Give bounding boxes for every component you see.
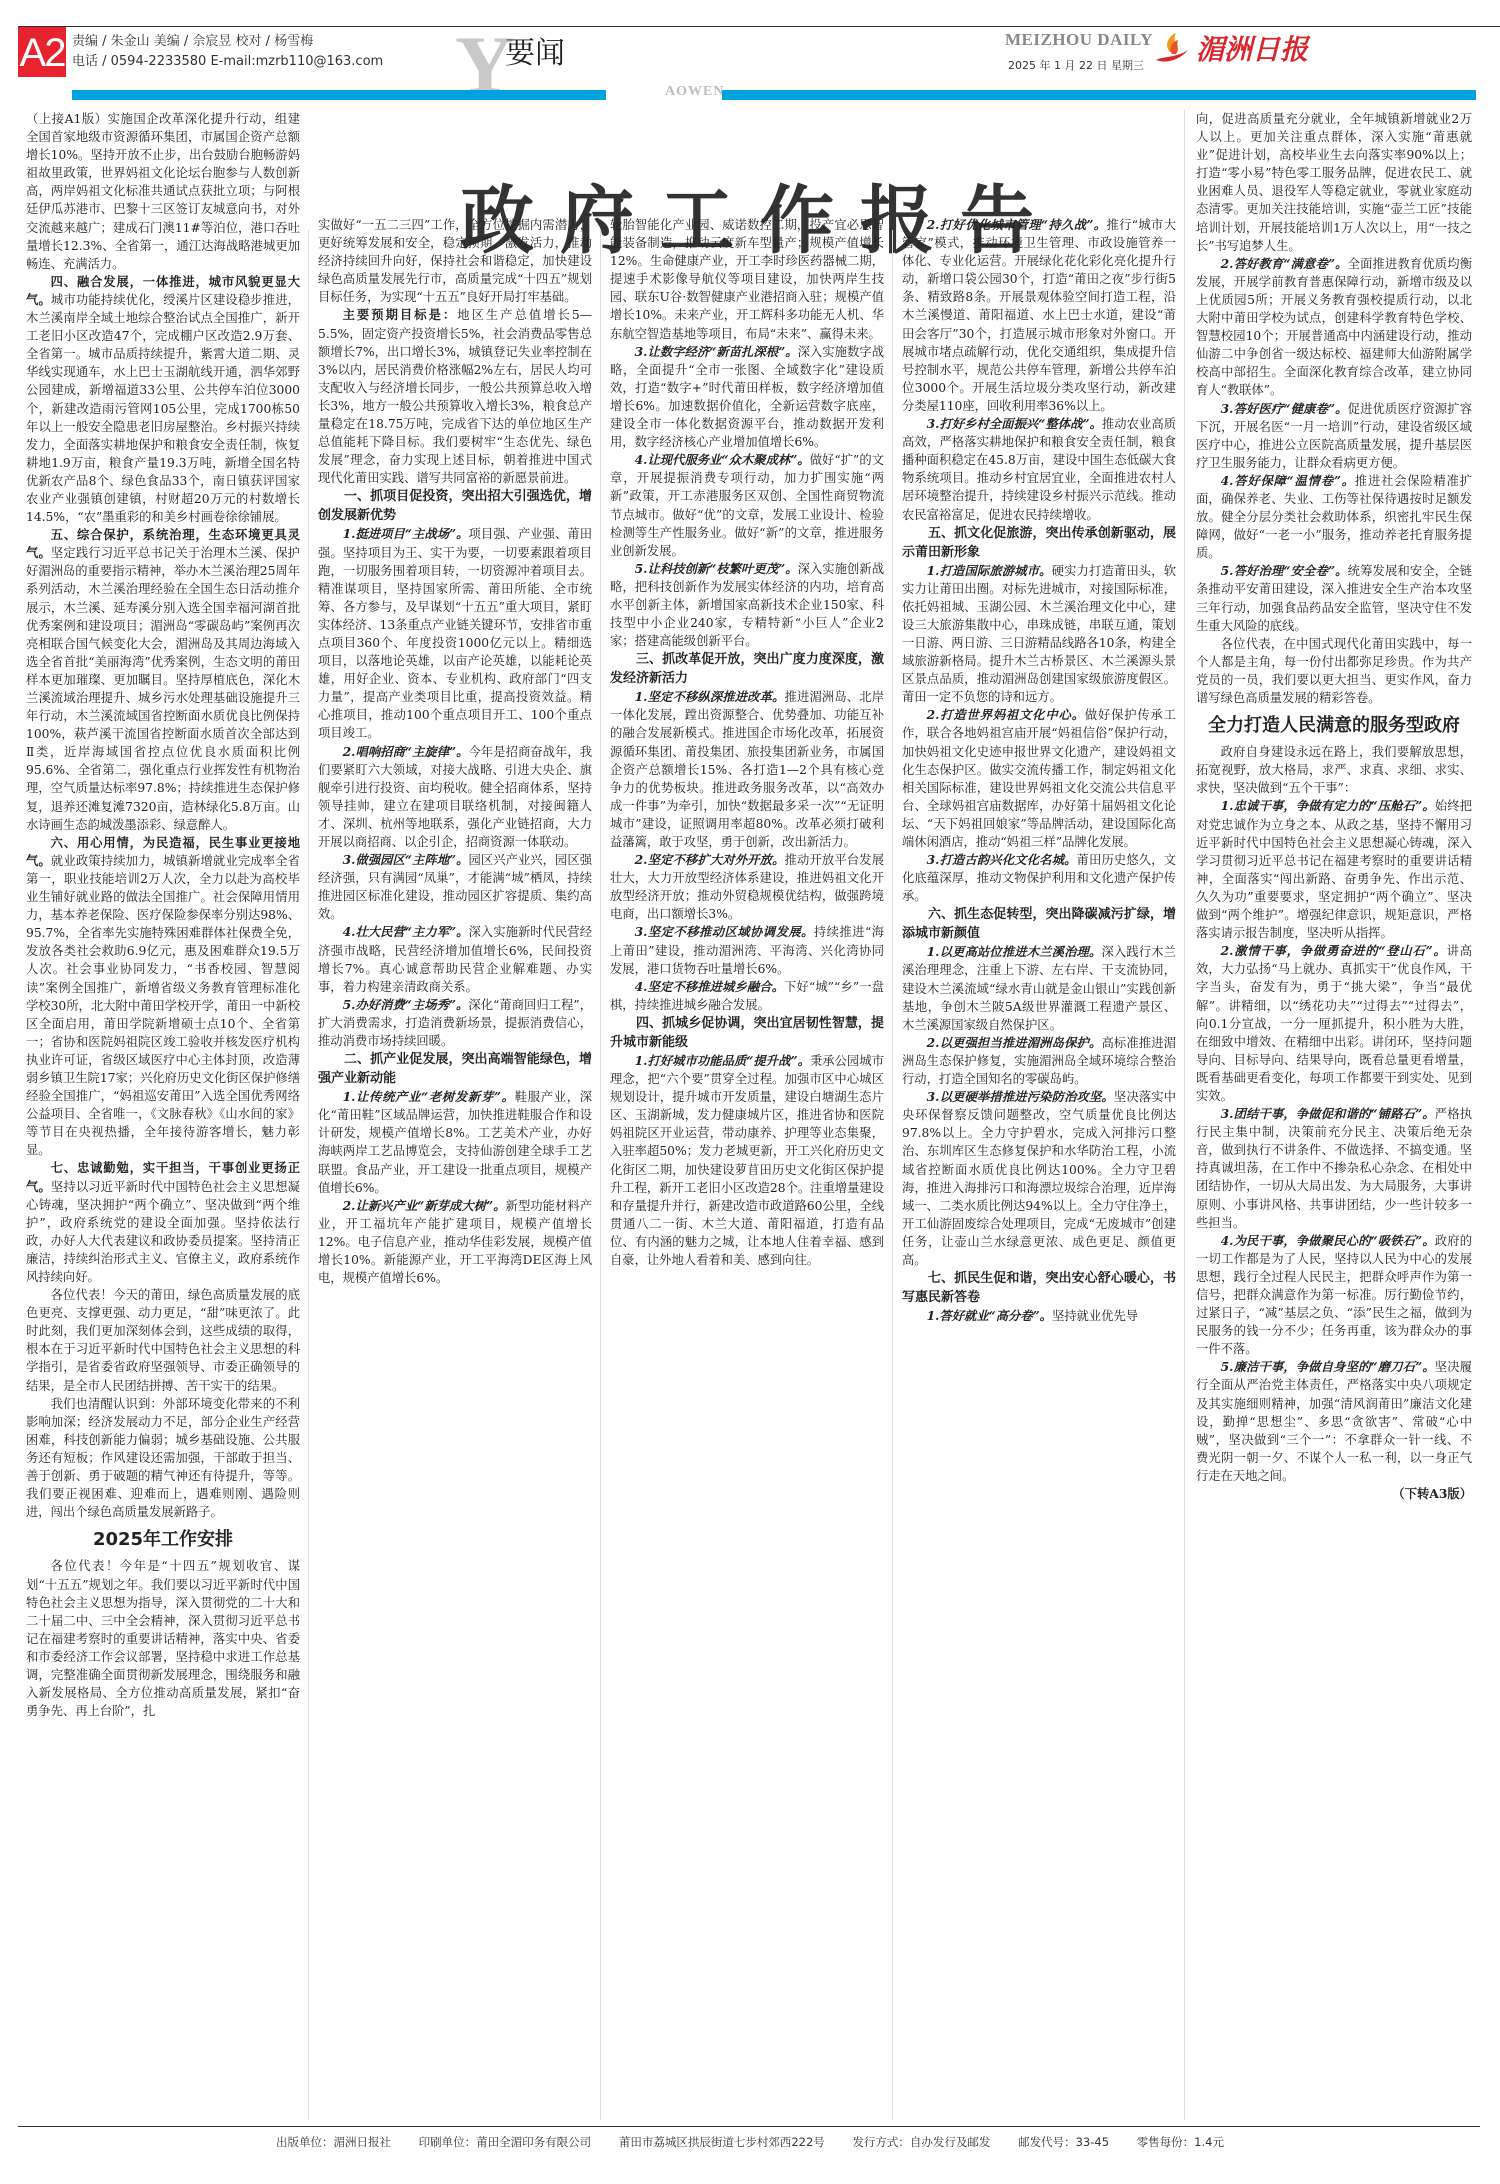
item-lead: 1.答好就业“高分卷”。 xyxy=(927,1308,1052,1323)
body-paragraph: 实做好“一五二三四”工作，全方位挖掘内需潜力，更好统筹发展和安全，稳定预期、激发… xyxy=(318,216,592,306)
column-divider xyxy=(600,230,601,2120)
paragraph-text: 鞋服产业，深化“莆田鞋”区域品牌运营，加快推进鞋服合作和设计研发，规模产值增长8… xyxy=(318,1090,592,1194)
paragraph-lead: 主要预期目标是： xyxy=(343,308,458,322)
body-paragraph: 我们也清醒认识到：外部环境变化带来的不利影响加深；经济发展动力不足，部分企业生产… xyxy=(26,1395,300,1522)
body-paragraph: 四、融合发展，一体推进，城市风貌更显大气。城市功能持续优化，绶溪片区建设稳步推进… xyxy=(26,273,300,526)
body-paragraph: 各位代表，在中国式现代化莆田实践中，每一个人都是主角，每一份付出都弥足珍贵。作为… xyxy=(1196,635,1472,707)
footer-rule xyxy=(18,2126,1480,2127)
numbered-item-paragraph: 1.打好城市功能品质“提升战”。秉承公园城市理念，把“六个要”贯穿全过程。加强市… xyxy=(610,1052,884,1269)
issue-date: 2025 年 1 月 22 日 星期三 xyxy=(1008,57,1144,73)
item-lead: 2.让新兴产业“新芽成大树”。 xyxy=(343,1198,506,1213)
item-lead: 1.打好城市功能品质“提升战”。 xyxy=(635,1053,810,1068)
numbered-item-paragraph: 2.以更强担当推进湄洲岛保护。高标准推进湄洲岛生态保护修复，实施湄洲岛全域环境综… xyxy=(902,1034,1176,1088)
body-paragraph: 各位代表！今天的莆田，绿色高质量发展的底色更亮、支撑更强、动力更足，“甜”味更浓… xyxy=(26,1286,300,1395)
page-number-badge: A2 xyxy=(18,27,66,77)
numbered-item-paragraph: 3.以更硬举措推进污染防治攻坚。坚决落实中央环保督察反馈问题整改，空气质量优良比… xyxy=(902,1088,1176,1269)
numbered-item-paragraph: 4.为民干事，争做聚民心的“吸铁石”。政府的一切工作都是为了人民，坚持以人民为中… xyxy=(1196,1232,1472,1359)
paragraph-text: 实做好“一五二三四”工作，全方位挖掘内需潜力，更好统筹发展和安全，稳定预期、激发… xyxy=(318,218,592,304)
numbered-item-paragraph: 4.答好保障“温情卷”。推进社会保险精准扩面，确保养老、失业、工伤等社保待遇按时… xyxy=(1196,472,1472,562)
numbered-item-paragraph: 5.廉洁干事，争做自身坚的“磨刀石”。坚决履行全面从严治党主体责任，严格落实中央… xyxy=(1196,1358,1472,1485)
body-paragraph: 各位代表！今年是“十四五”规划收官、谋划“十五五”规划之年。我们要以习近平新时代… xyxy=(26,1557,300,1720)
numbered-item-paragraph: 3.团结干事，争做促和谐的“铺路石”。严格执行民主集中制，决策前充分民主、决策后… xyxy=(1196,1105,1472,1232)
item-lead: 4.坚定不移推进城乡融合。 xyxy=(635,979,785,994)
body-paragraph: 六、用心用情，为民造福，民生事业更接地气。就业政策持续加力，城镇新增就业完成率全… xyxy=(26,834,300,1160)
item-lead: 2.答好教育“满意卷”。 xyxy=(1221,256,1348,271)
paragraph-text: 深入实施数字战略，全面提升“全市一张图、全域数字化”建设质效，打造“数字+”时代… xyxy=(610,345,884,449)
footer-postal-code: 邮发代号：33-45 xyxy=(1018,2135,1109,2149)
item-lead: 3.团结干事，争做促和谐的“铺路石”。 xyxy=(1221,1106,1435,1121)
footer-publisher: 出版单位：湄洲日报社 xyxy=(276,2135,391,2149)
chapter-heading: 六、抓生态促转型，突出降碳减污扩绿，增添城市新颜值 xyxy=(902,905,1176,943)
paragraph-text: 推行“城市大管家”模式，推动环境卫生管理、市政设施管养一体化、专业化运营。开展绿… xyxy=(902,218,1176,413)
chapter-heading: 四、抓城乡促协调，突出宜居韧性智慧，提升城市新能级 xyxy=(610,1014,884,1052)
body-paragraph: 五、综合保护，系统治理，生态环境更具灵气。坚定践行习近平总书记关于治理木兰溪、保… xyxy=(26,526,300,834)
item-lead: 2.唱响招商“主旋律”。 xyxy=(343,744,469,759)
article-column-5: 向，促进高质量充分就业，全年城镇新增就业2万人以上。更加关注重点群体，深入实施“… xyxy=(1196,110,1472,2120)
paragraph-text: 硬实力打造莆田头，软实力让莆田出圈。对标先进城市，对接国际标准，依托妈祖城、玉湖… xyxy=(902,564,1176,705)
footer-printer: 印刷单位：莆田全湄印务有限公司 xyxy=(419,2135,592,2149)
paragraph-text: 做好保护传承工作，联合各地妈祖宫庙开展“妈祖信俗”保护行动，加快妈祖文化史迹申报… xyxy=(902,708,1176,849)
paragraph-text: 讲高效，大力弘扬“马上就办、真抓实干”优良作风，干字当头，奋发有为，勇于“挑大梁… xyxy=(1196,944,1472,1103)
paragraph-text: 做好“扩”的文章，开展提振消费专项行动，加力扩围实施“两新”政策，开工赤港服务区… xyxy=(610,453,884,557)
body-paragraph: 轮胎智能化产业园、威诺数控二期，投产宜必思智能装备制造，推动云度新车型量产；规模… xyxy=(610,216,884,343)
numbered-item-paragraph: 2.坚定不移扩大对外开放。推动开放平台发展壮大，大力开放型经济体系建设，推进妈祖… xyxy=(610,851,884,923)
item-lead: 1.以更高站位推进木兰溪治理。 xyxy=(927,944,1102,959)
numbered-item-paragraph: 5.答好治理“安全卷”。统筹发展和安全，全链条推动平安莆田建设，深入推进安全生产… xyxy=(1196,562,1472,634)
numbered-item-paragraph: 3.打造古韵兴化文化名城。莆田历史悠久，文化底蕴深厚，推动文物保护利用和文化遗产… xyxy=(902,851,1176,905)
flame-logo-icon xyxy=(1150,30,1192,66)
paragraph-text: （上接A1版）实施国企改革深化提升行动，组建全国首家地级市资源循环集团，市属国企… xyxy=(26,112,300,271)
body-paragraph: 七、忠诚勤勉，实干担当，干事创业更扬正气。坚持以习近平新时代中国特色社会主义思想… xyxy=(26,1159,300,1286)
paragraph-text: 地区生产总值增长5—5.5%，固定资产投资增长5%，社会消费品零售总额增长7%，… xyxy=(318,308,592,485)
paragraph-text: 轮胎智能化产业园、威诺数控二期，投产宜必思智能装备制造，推动云度新车型量产；规模… xyxy=(610,218,884,341)
numbered-item-paragraph: 5.让科技创新“枝繁叶更茂”。深入实施创新战略，把科技创新作为发展实体经济的内功… xyxy=(610,560,884,650)
item-lead: 3.让数字经济“新苗扎深根”。 xyxy=(635,344,798,359)
section-heading: 全力打造人民满意的服务型政府 xyxy=(1196,717,1472,735)
section-pinyin: AOWEN xyxy=(665,84,724,100)
paragraph-text: 就业政策持续加力，城镇新增就业完成率全省第一，职业技能培训2万人次，全力以赴为高… xyxy=(26,854,300,1158)
article-column-3: 轮胎智能化产业园、威诺数控二期，投产宜必思智能装备制造，推动云度新车型量产；规模… xyxy=(610,216,884,2120)
paragraph-text: 项目强、产业强、莆田强。坚持项目为王、实干为要，一切要素跟着项目跑，一切服务围着… xyxy=(318,527,592,740)
credits-contact: 电话 / 0594-2233580 E-mail:mzrb110@163.com xyxy=(72,52,383,72)
chapter-heading: 五、抓文化促旅游，突出传承创新驱动，展示莆田新形象 xyxy=(902,524,1176,562)
footer-distribution: 发行方式：自办发行及邮发 xyxy=(852,2135,990,2149)
item-lead: 2.坚定不移扩大对外开放。 xyxy=(635,852,785,867)
header-blue-bar-right xyxy=(722,90,1476,100)
item-lead: 2.激情干事，争做勇奋进的“登山石”。 xyxy=(1221,943,1447,958)
top-rule xyxy=(18,26,1500,27)
article-column-1: （上接A1版）实施国企改革深化提升行动，组建全国首家地级市资源循环集团，市属国企… xyxy=(26,110,300,2120)
numbered-item-paragraph: 2.打造世界妈祖文化中心。做好保护传承工作，联合各地妈祖宫庙开展“妈祖信俗”保护… xyxy=(902,706,1176,851)
numbered-item-paragraph: 1.忠诚干事，争做有定力的“压舱石”。始终把对党忠诚作为立身之本、从政之基，坚持… xyxy=(1196,797,1472,942)
continued-on-page-note: （下转A3版） xyxy=(1196,1485,1472,1503)
column-divider xyxy=(1184,110,1185,2120)
article-column-2: 实做好“一五二三四”工作，全方位挖掘内需潜力，更好统筹发展和安全，稳定预期、激发… xyxy=(318,216,592,2120)
section-name: 要闻 xyxy=(505,28,565,72)
numbered-item-paragraph: 4.壮大民营“主力军”。深入实施新时代民营经济强市战略，民营经济增加值增长6%，… xyxy=(318,923,592,995)
paper-chinese-name: 湄洲日报 xyxy=(1196,28,1308,68)
numbered-item-paragraph: 1.答好就业“高分卷”。坚持就业优先导 xyxy=(902,1307,1176,1325)
footer-price: 零售每份：1.4元 xyxy=(1137,2135,1224,2149)
numbered-item-paragraph: 4.让现代服务业“众木聚成林”。做好“扩”的文章，开展提振消费专项行动，加力扩围… xyxy=(610,451,884,560)
paragraph-text: 全面推进教育优质均衡发展，开展学前教育普惠保障行动，新增市级及以上优质园5所；开… xyxy=(1196,257,1472,398)
item-lead: 5.答好治理“安全卷”。 xyxy=(1221,563,1348,578)
chapter-heading: 七、抓民生促和谐，突出安心舒心暖心，书写惠民新答卷 xyxy=(902,1269,1176,1307)
body-paragraph: 主要预期目标是：地区生产总值增长5—5.5%，固定资产投资增长5%，社会消费品零… xyxy=(318,306,592,487)
numbered-item-paragraph: 3.打好乡村全面振兴“整体战”。推动农业高质高效，严格落实耕地保护和粮食安全责任… xyxy=(902,415,1176,524)
numbered-item-paragraph: 2.打好优化城市管理“持久战”。推行“城市大管家”模式，推动环境卫生管理、市政设… xyxy=(902,216,1176,415)
numbered-item-paragraph: 1.让传统产业“老树发新芽”。鞋服产业，深化“莆田鞋”区域品牌运营，加快推进鞋服… xyxy=(318,1088,592,1197)
item-lead: 4.壮大民营“主力军”。 xyxy=(343,924,469,939)
item-lead: 3.打造古韵兴化文化名城。 xyxy=(927,852,1077,867)
paragraph-text: 推动农业高质高效，严格落实耕地保护和粮食安全责任制，粮食播种面积稳定在45.8万… xyxy=(902,417,1176,521)
paragraph-text: 各位代表！今天的莆田，绿色高质量发展的底色更亮、支撑更强、动力更足，“甜”味更浓… xyxy=(26,1288,300,1392)
item-lead: 4.答好保障“温情卷”。 xyxy=(1221,473,1355,488)
numbered-item-paragraph: 2.激情干事，争做勇奋进的“登山石”。讲高效，大力弘扬“马上就办、真抓实干”优良… xyxy=(1196,942,1472,1105)
paragraph-text: 政府的一切工作都是为了人民，坚持以人民为中心的发展思想，践行全过程人民民主，把群… xyxy=(1196,1234,1472,1357)
credits-editors: 责编 / 朱金山 美编 / 佘宸昱 校对 / 杨雪梅 xyxy=(72,32,383,52)
page-footer: 出版单位：湄洲日报社 印刷单位：莆田全湄印务有限公司 莆田市荔城区拱辰街道七步村… xyxy=(0,2134,1500,2150)
page-header: A2 责编 / 朱金山 美编 / 佘宸昱 校对 / 杨雪梅 电话 / 0594-… xyxy=(0,0,1500,80)
item-lead: 4.为民干事，争做聚民心的“吸铁石”。 xyxy=(1221,1233,1435,1248)
body-paragraph: 向，促进高质量充分就业，全年城镇新增就业2万人以上。更加关注重点群体，深入实施“… xyxy=(1196,110,1472,255)
item-lead: 1.打造国际旅游城市。 xyxy=(927,563,1052,578)
item-lead: 5.让科技创新“枝繁叶更茂”。 xyxy=(635,561,798,576)
paragraph-text: 城市功能持续优化，绶溪片区建设稳步推进，木兰溪南岸全域土地综合整治试点全国推广，… xyxy=(26,293,300,524)
paragraph-text: 秉承公园城市理念，把“六个要”贯穿全过程。加强市区中心城区规划设计，提升城市开发… xyxy=(610,1054,884,1267)
paragraph-text: 我们也清醒认识到：外部环境变化带来的不利影响加深；经济发展动力不足，部分企业生产… xyxy=(26,1397,300,1520)
numbered-item-paragraph: 1.以更高站位推进木兰溪治理。深入践行木兰溪治理理念，注重上下游、左右岸、干支流… xyxy=(902,943,1176,1033)
header-blue-bar-mid xyxy=(300,90,606,100)
body-paragraph: 政府自身建设永远在路上，我们要解放思想，拓宽视野，放大格局，求严、求真、求细、求… xyxy=(1196,743,1472,797)
paragraph-text: 坚决履行全面从严治党主体责任，严格落实中央八项规定及其实施细则精神，加强“清风润… xyxy=(1196,1360,1472,1483)
paragraph-text: 坚持就业优先导 xyxy=(1052,1309,1138,1323)
body-paragraph: （上接A1版）实施国企改革深化提升行动，组建全国首家地级市资源循环集团，市属国企… xyxy=(26,110,300,273)
chapter-heading: 三、抓改革促开放，突出广度力度深度，激发经济新活力 xyxy=(610,650,884,688)
item-lead: 1.坚定不移纵深推进改革。 xyxy=(635,689,785,704)
item-lead: 2.打造世界妈祖文化中心。 xyxy=(927,707,1085,722)
numbered-item-paragraph: 2.答好教育“满意卷”。全面推进教育优质均衡发展，开展学前教育普惠保障行动，新增… xyxy=(1196,255,1472,400)
item-lead: 3.做强园区“主阵地”。 xyxy=(343,852,469,867)
item-lead: 2.以更强担当推进湄洲岛保护。 xyxy=(927,1035,1102,1050)
chapter-heading: 二、抓产业促发展，突出高端智能绿色，增强产业新动能 xyxy=(318,1050,592,1088)
paragraph-text: 严格执行民主集中制，决策前充分民主、决策后绝无杂音，做到执行不讲条件、不做选择、… xyxy=(1196,1107,1472,1230)
numbered-item-paragraph: 5.办好消费“主场秀”。深化“莆商回归工程”，扩大消费需求，打造消费新场景，提振… xyxy=(318,996,592,1050)
section-heading: 2025年工作安排 xyxy=(26,1531,300,1549)
numbered-item-paragraph: 3.坚定不移推动区域协调发展。持续推进“海上莆田”建设，推动湄洲湾、平海湾、兴化… xyxy=(610,923,884,977)
paragraph-text: 始终把对党忠诚作为立身之本、从政之基，坚持不懈用习近平新时代中国特色社会主义思想… xyxy=(1196,799,1472,940)
numbered-item-paragraph: 1.打造国际旅游城市。硬实力打造莆田头，软实力让莆田出圈。对标先进城市，对接国际… xyxy=(902,562,1176,707)
item-lead: 1.让传统产业“老树发新芽”。 xyxy=(343,1089,515,1104)
paragraph-text: 推进湄洲岛、北岸一体化发展，蹚出资源整合、优势叠加、功能互补的融合发展新模式。推… xyxy=(610,690,884,849)
paragraph-text: 各位代表！今年是“十四五”规划收官、谋划“十五五”规划之年。我们要以习近平新时代… xyxy=(26,1559,300,1718)
item-lead: 5.廉洁干事，争做自身坚的“磨刀石”。 xyxy=(1221,1359,1435,1374)
paragraph-text: 坚决落实中央环保督察反馈问题整改，空气质量优良比例达97.8%以上。全力守护碧水… xyxy=(902,1090,1176,1267)
paragraph-text: 坚持以习近平新时代中国特色社会主义思想凝心铸魂，坚决拥护“两个确立”、坚决做到“… xyxy=(26,1180,300,1284)
paper-logo: 湄洲日报 xyxy=(1150,28,1308,68)
paragraph-text: 政府自身建设永远在路上，我们要解放思想，拓宽视野，放大格局，求严、求真、求细、求… xyxy=(1196,745,1472,795)
item-lead: 3.坚定不移推动区域协调发展。 xyxy=(635,924,814,939)
numbered-item-paragraph: 4.坚定不移推进城乡融合。下好“城”“乡”一盘棋，持续推进城乡融合发展。 xyxy=(610,978,884,1014)
numbered-item-paragraph: 3.做强园区“主阵地”。园区兴产业兴，园区强经济强，只有满园“凤巢”，才能满“城… xyxy=(318,851,592,923)
header-blue-bar-left xyxy=(72,90,300,100)
numbered-item-paragraph: 1.坚定不移纵深推进改革。推进湄洲岛、北岸一体化发展，蹚出资源整合、优势叠加、功… xyxy=(610,688,884,851)
chapter-heading: 一、抓项目促投资，突出招大引强选优，增创发展新优势 xyxy=(318,487,592,525)
item-lead: 1.挺进项目“主战场”。 xyxy=(343,526,469,541)
column-divider xyxy=(892,230,893,2120)
item-lead: 3.答好医疗“健康卷”。 xyxy=(1221,401,1348,416)
item-lead: 1.忠诚干事，争做有定力的“压舱石”。 xyxy=(1221,798,1435,813)
item-lead: 2.打好优化城市管理“持久战”。 xyxy=(927,217,1107,232)
numbered-item-paragraph: 3.答好医疗“健康卷”。促进优质医疗资源扩容下沉，开展名医“一月一培训”行动，建… xyxy=(1196,400,1472,472)
paper-english-name: MEIZHOU DAILY xyxy=(1005,30,1153,50)
item-lead: 3.以更硬举措推进污染防治攻坚。 xyxy=(927,1089,1114,1104)
paragraph-text: 各位代表，在中国式现代化莆田实践中，每一个人都是主角，每一份付出都弥足珍贵。作为… xyxy=(1196,637,1472,705)
paragraph-text: 今年是招商奋战年，我们要紧盯六大领域，对接大战略、引进大央企、旗舰牵引进行投资、… xyxy=(318,745,592,849)
paragraph-text: 坚定践行习近平总书记关于治理木兰溪、保护好湄洲岛的重要指示精神，举办木兰溪治理2… xyxy=(26,546,300,831)
numbered-item-paragraph: 2.唱响招商“主旋律”。今年是招商奋战年，我们要紧盯六大领域，对接大战略、引进大… xyxy=(318,743,592,852)
numbered-item-paragraph: 2.让新兴产业“新芽成大树”。新型功能材料产业，开工福坑年产能扩建项目，规模产值… xyxy=(318,1197,592,1287)
footer-address: 莆田市荔城区拱辰街道七步村郊西222号 xyxy=(619,2135,825,2149)
item-lead: 5.办好消费“主场秀”。 xyxy=(343,997,469,1012)
editorial-credits: 责编 / 朱金山 美编 / 佘宸昱 校对 / 杨雪梅 电话 / 0594-223… xyxy=(72,32,383,72)
item-lead: 4.让现代服务业“众木聚成林”。 xyxy=(635,452,810,467)
item-lead: 3.打好乡村全面振兴“整体战”。 xyxy=(927,416,1102,431)
column-divider xyxy=(308,230,309,2120)
article-column-4: 2.打好优化城市管理“持久战”。推行“城市大管家”模式，推动环境卫生管理、市政设… xyxy=(902,216,1176,2120)
numbered-item-paragraph: 3.让数字经济“新苗扎深根”。深入实施数字战略，全面提升“全市一张图、全域数字化… xyxy=(610,343,884,452)
numbered-item-paragraph: 1.挺进项目“主战场”。项目强、产业强、莆田强。坚持项目为王、实干为要，一切要素… xyxy=(318,525,592,742)
paragraph-text: 向，促进高质量充分就业，全年城镇新增就业2万人以上。更加关注重点群体，深入实施“… xyxy=(1196,112,1472,253)
